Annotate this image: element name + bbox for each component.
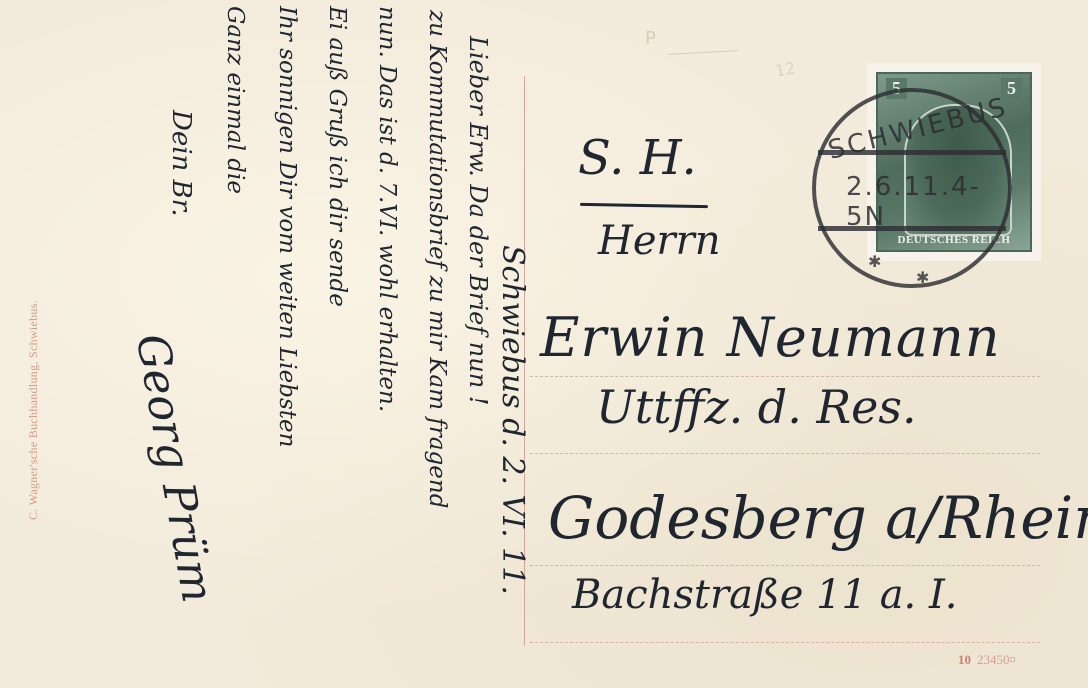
recipient-name: Erwin Neumann — [540, 306, 1001, 369]
serial-number: 1023450¤ — [958, 652, 1016, 668]
address-guide-line — [530, 565, 1040, 566]
message-place-date: Schwiebus d. 2. VI. 11. — [495, 245, 530, 595]
message-closing: Dein Br. — [166, 110, 196, 217]
message-line: Lieber Erw. Da der Brief nun ! — [464, 36, 492, 405]
postmark-date: 2.6.11.4-5N — [846, 172, 1008, 232]
address-honorific: S. H. — [578, 130, 697, 186]
message-signature: Georg Prüm — [126, 330, 223, 606]
postmark-bar — [818, 226, 1006, 231]
message-line: Ihr sonnigen Dir vom weiten Liebsten — [274, 6, 300, 447]
publisher-imprint: C. Wagner'sche Buchhandlung, Schwiebus. — [26, 300, 41, 520]
address-guide-line — [530, 642, 1040, 643]
recipient-rank: Uttffz. d. Res. — [596, 380, 917, 434]
address-salutation: Herrn — [598, 218, 721, 264]
postmark-star-icon: ✱ — [916, 268, 929, 287]
postmark-cancellation: SCHWIEBUS 2.6.11.4-5N ✱ ✱ — [812, 88, 1012, 288]
address-guide-line — [530, 376, 1040, 377]
recipient-street: Bachstraße 11 a. I. — [572, 572, 958, 618]
postcard-back: C. Wagner'sche Buchhandlung, Schwiebus. … — [0, 0, 1088, 688]
message-line: Ganz einmal die — [222, 6, 248, 194]
pencil-mark: P — [645, 28, 656, 49]
serial-suffix: ¤ — [1010, 652, 1017, 667]
message-line: zu Kommutationsbrief zu mir Kam fragend — [424, 10, 450, 508]
postmark-star-icon: ✱ — [868, 252, 881, 271]
message-line: Ei auß Gruß ich dir sende — [324, 6, 350, 307]
serial-prefix: 10 — [958, 652, 971, 667]
honorific-underline — [580, 203, 708, 208]
message-line: nun. Das ist d. 7.VI. wohl erhalten. — [374, 6, 400, 412]
pencil-stroke — [668, 50, 738, 55]
pencil-mark-number: 12 — [774, 58, 797, 80]
serial-value: 23450 — [977, 652, 1010, 667]
postmark-bar — [818, 150, 1006, 155]
recipient-city: Godesberg a/Rhein. — [548, 484, 1088, 552]
address-guide-line — [530, 453, 1040, 454]
